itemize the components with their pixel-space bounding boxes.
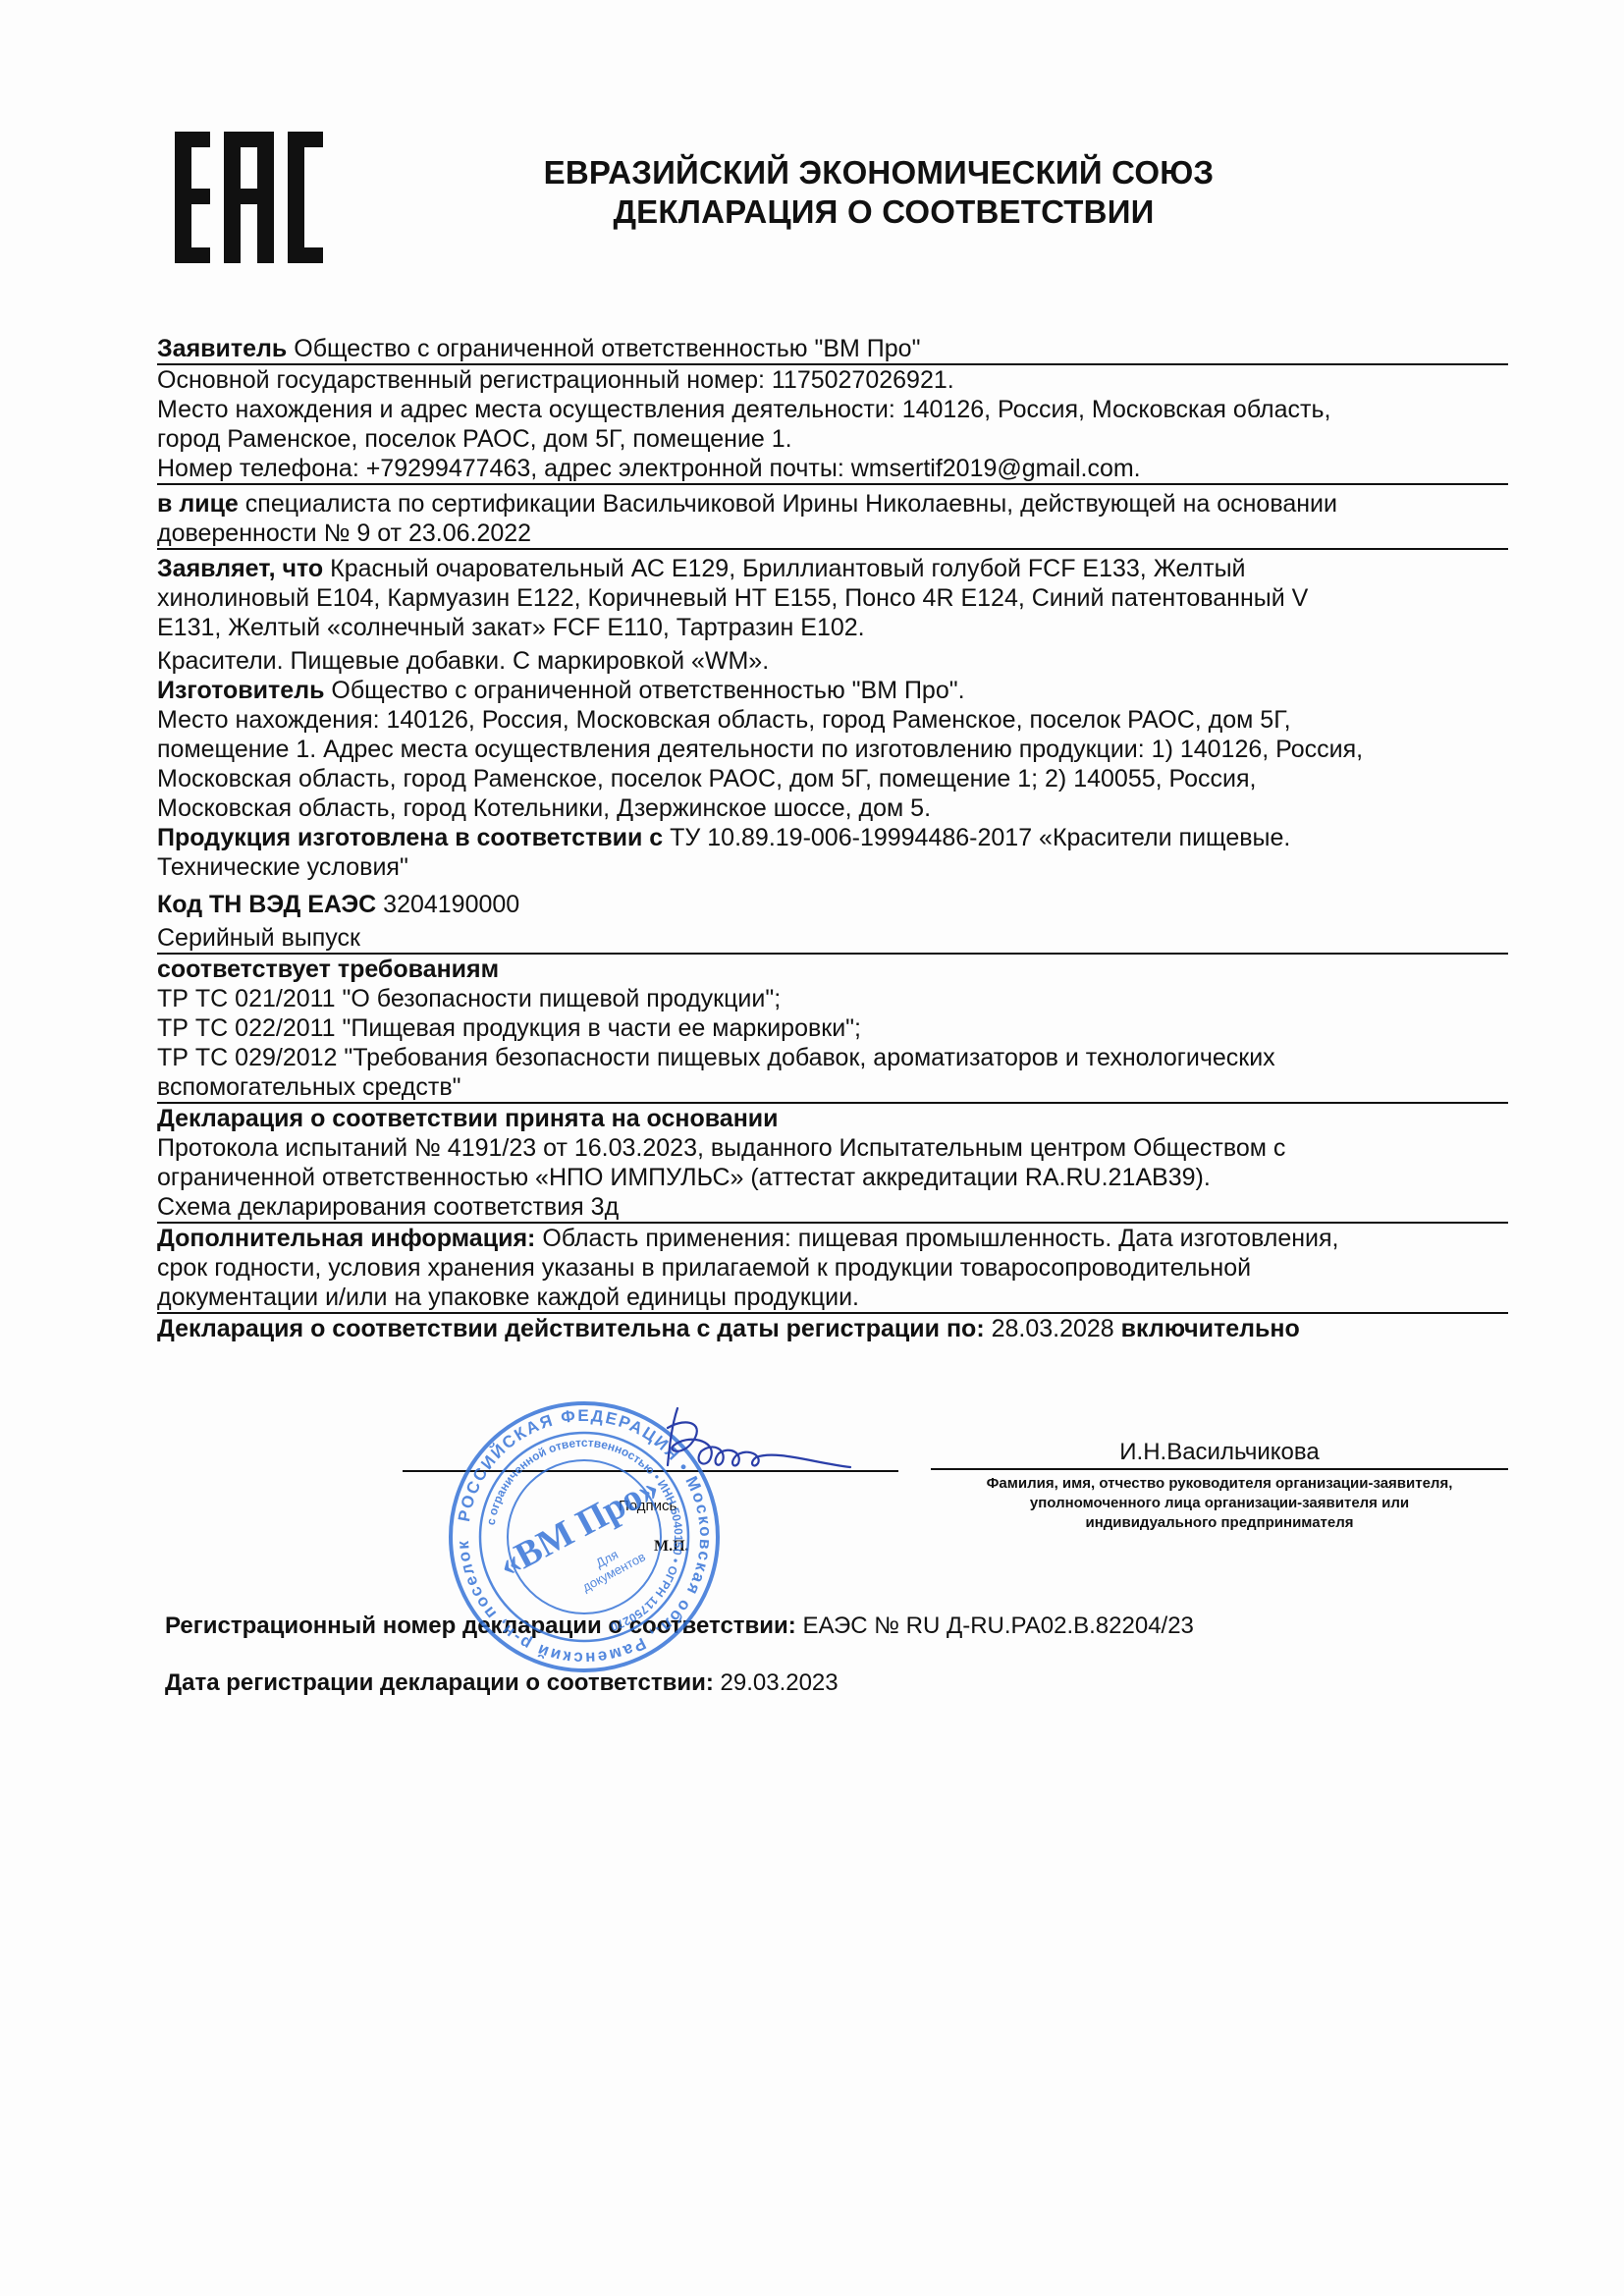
representative-line-1: в лице специалиста по сертификации Васил… <box>157 489 1508 519</box>
signatory-caption: Фамилия, имя, отчество руководителя орга… <box>931 1474 1508 1533</box>
signatory-name: И.Н.Васильчикова <box>931 1437 1508 1470</box>
release-type: Серийный выпуск <box>157 923 1508 955</box>
declares-line-4: Красители. Пищевые добавки. С маркировко… <box>157 646 1508 676</box>
tnved-label: Код ТН ВЭД ЕАЭС <box>157 891 376 918</box>
tnved-code: Код ТН ВЭД ЕАЭС 3204190000 <box>157 890 1508 919</box>
applicant-name: Общество с ограниченной ответственностью… <box>287 335 920 362</box>
additional-line-1: Дополнительная информация: Область приме… <box>157 1224 1508 1253</box>
handwritten-signature-icon <box>628 1406 864 1485</box>
additional-line-3: документации и/или на упаковке каждой ед… <box>157 1283 1508 1314</box>
applicant-address-2: город Раменское, поселок РАОС, дом 5Г, п… <box>157 424 1508 454</box>
svg-text:Для: Для <box>593 1547 621 1570</box>
representative-label: в лице <box>157 490 239 518</box>
registration-date-value: 29.03.2023 <box>714 1669 839 1696</box>
applicant-contacts: Номер телефона: +79299477463, адрес элек… <box>157 454 1508 485</box>
requirement-item: ТР ТС 021/2011 "О безопасности пищевой п… <box>157 984 1508 1013</box>
basis-label: Декларация о соответствии принята на осн… <box>157 1104 1508 1133</box>
applicant-address-1: Место нахождения и адрес места осуществл… <box>157 395 1508 424</box>
applicant-ogrn: Основной государственный регистрационный… <box>157 365 1508 395</box>
title-union: ЕВРАЗИЙСКИЙ ЭКОНОМИЧЕСКИЙ СОЮЗ <box>530 153 1227 192</box>
manufacturer-address-4: Московская область, город Котельники, Дз… <box>157 793 1508 823</box>
registration-date: Дата регистрации декларации о соответств… <box>165 1669 839 1697</box>
requirement-item: вспомогательных средств" <box>157 1072 1508 1104</box>
basis-line-2: ограниченной ответственностью «НПО ИМПУЛ… <box>157 1163 1508 1192</box>
signature-caption: Подпись <box>619 1498 677 1514</box>
title-declaration: ДЕКЛАРАЦИЯ О СООТВЕТСТВИИ <box>530 192 1227 232</box>
svg-text:документов: документов <box>580 1549 648 1594</box>
requirement-item: ТР ТС 029/2012 "Требования безопасности … <box>157 1043 1508 1072</box>
declaration-scheme: Схема декларирования соответствия 3д <box>157 1192 1508 1224</box>
registration-date-label: Дата регистрации декларации о соответств… <box>165 1669 714 1696</box>
svg-text:с ограниченной ответственность: с ограниченной ответственностью • ИНН 50… <box>484 1436 685 1634</box>
stamp-place-mark: М.П. <box>654 1538 689 1556</box>
registration-number-label: Регистрационный номер декларации о соотв… <box>165 1613 796 1639</box>
production-line-1: Продукция изготовлена в соответствии с Т… <box>157 823 1508 852</box>
additional-label: Дополнительная информация: <box>157 1225 535 1252</box>
declares-label: Заявляет, что <box>157 555 323 582</box>
requirements-label: соответствует требованиям <box>157 955 1508 984</box>
requirement-item: ТР ТС 022/2011 "Пищевая продукция в част… <box>157 1013 1508 1043</box>
declaration-body: Заявитель Общество с ограниченной ответс… <box>157 334 1508 1343</box>
manufacturer-address-2: помещение 1. Адрес места осуществления д… <box>157 735 1508 764</box>
manufacturer-line: Изготовитель Общество с ограниченной отв… <box>157 676 1508 705</box>
basis-line-1: Протокола испытаний № 4191/23 от 16.03.2… <box>157 1133 1508 1163</box>
svg-text:«ВМ Про»: «ВМ Про» <box>492 1467 666 1586</box>
applicant-label: Заявитель <box>157 335 287 362</box>
signature-line <box>403 1470 898 1472</box>
production-line-2: Технические условия" <box>157 852 1508 882</box>
validity-date: 28.03.2028 <box>985 1315 1114 1342</box>
validity-suffix: включительно <box>1114 1315 1300 1342</box>
declares-line-2: хинолиновый Е104, Кармуазин Е122, Коричн… <box>157 583 1508 613</box>
representative-line-2: доверенности № 9 от 23.06.2022 <box>157 519 1508 550</box>
document-title: ЕВРАЗИЙСКИЙ ЭКОНОМИЧЕСКИЙ СОЮЗ ДЕКЛАРАЦИ… <box>530 153 1227 232</box>
validity-line: Декларация о соответствии действительна … <box>157 1314 1508 1343</box>
additional-line-2: срок годности, условия хранения указаны … <box>157 1253 1508 1283</box>
declares-line-1: Заявляет, что Красный очаровательный АС … <box>157 554 1508 583</box>
manufacturer-address-1: Место нахождения: 140126, Россия, Москов… <box>157 705 1508 735</box>
declares-line-3: Е131, Желтый «солнечный закат» FCF Е110,… <box>157 613 1508 642</box>
registration-number: Регистрационный номер декларации о соотв… <box>165 1613 1194 1640</box>
production-label: Продукция изготовлена в соответствии с <box>157 824 663 851</box>
manufacturer-address-3: Московская область, город Раменское, пос… <box>157 764 1508 793</box>
signatory-block: И.Н.Васильчикова Фамилия, имя, отчество … <box>931 1437 1508 1533</box>
validity-label: Декларация о соответствии действительна … <box>157 1315 985 1342</box>
registration-number-value: ЕАЭС № RU Д-RU.PA02.B.82204/23 <box>796 1613 1194 1639</box>
manufacturer-label: Изготовитель <box>157 677 324 704</box>
eac-logo-icon <box>173 130 326 265</box>
applicant-line: Заявитель Общество с ограниченной ответс… <box>157 334 1508 365</box>
